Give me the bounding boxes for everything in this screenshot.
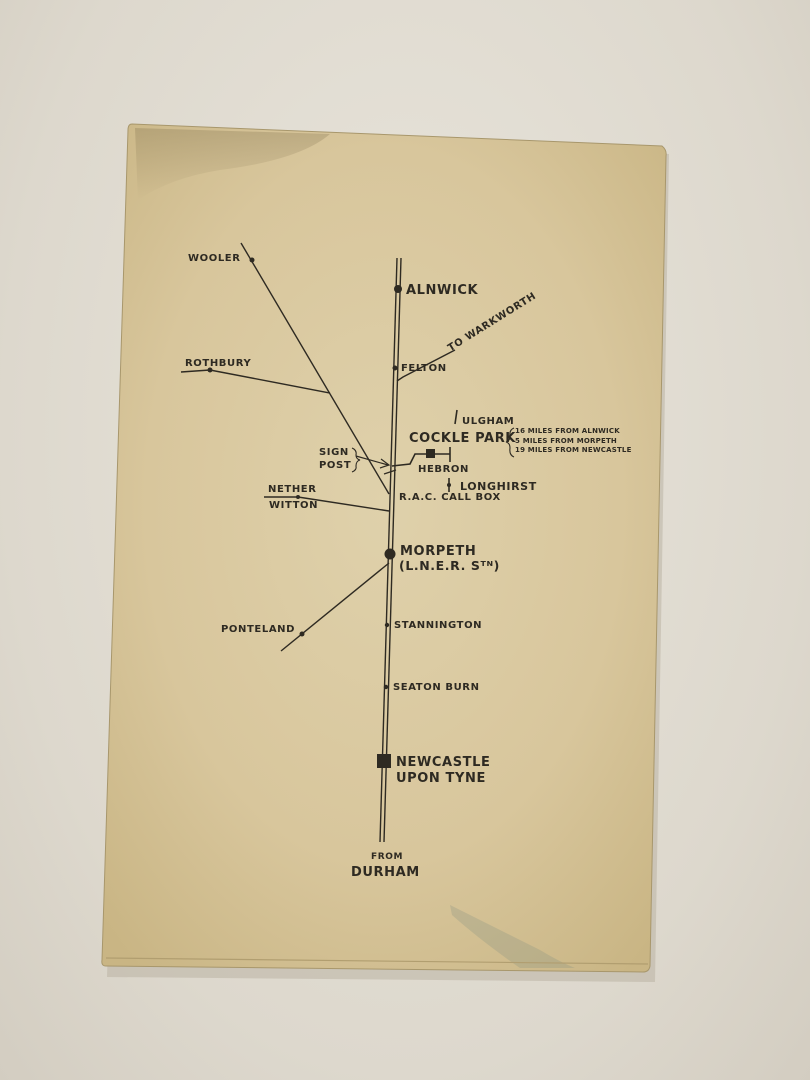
longhirst-dot: [447, 483, 451, 487]
label-seaton-burn: SEATON BURN: [393, 683, 480, 693]
label-ponteland: PONTELAND: [221, 625, 295, 635]
photo-scene: WOOLER ALNWICK TO WARKWORTH ROTHBURY FEL…: [0, 0, 810, 1080]
label-longhirst: LONGHIRST: [460, 481, 537, 492]
label-stannington: STANNINGTON: [394, 621, 482, 631]
distance-alnwick: 16 MILES FROM ALNWICK: [515, 427, 632, 437]
label-ulgham: ULGHAM: [462, 417, 514, 427]
label-upon-tyne: UPON TYNE: [396, 772, 486, 785]
distance-newcastle: 19 MILES FROM NEWCASTLE: [515, 446, 632, 456]
label-post: POST: [319, 461, 351, 471]
felton-dot: [393, 366, 398, 371]
morpeth-station-dot: [385, 549, 396, 560]
label-hebron: HEBRON: [418, 465, 469, 475]
label-witton: WITTON: [269, 501, 318, 511]
label-cockle-park: COCKLE PARK: [409, 432, 516, 445]
label-rothbury: ROTHBURY: [185, 359, 251, 369]
label-nether: NETHER: [268, 485, 317, 495]
booklet-cover: [102, 124, 666, 972]
label-rac-call-box: R.A.C. CALL BOX: [399, 493, 501, 503]
label-morpeth: MORPETH: [400, 545, 476, 558]
label-felton: FELTON: [401, 364, 447, 374]
label-wooler: WOOLER: [188, 254, 241, 264]
alnwick-dot: [394, 285, 402, 293]
distance-morpeth: 5 MILES FROM MORPETH: [515, 437, 632, 447]
seaton-burn-dot: [384, 685, 388, 689]
label-durham: DURHAM: [351, 866, 420, 879]
distance-list: 16 MILES FROM ALNWICK 5 MILES FROM MORPE…: [515, 427, 632, 456]
label-newcastle: NEWCASTLE: [396, 756, 491, 769]
label-morpeth-station: (L.N.E.R. Sᵀᴺ): [399, 560, 500, 573]
ponteland-dot: [300, 632, 305, 637]
label-sign: SIGN: [319, 448, 349, 458]
cockle-park-marker: [426, 449, 435, 458]
label-from: FROM: [371, 853, 403, 862]
map-artwork: [0, 0, 810, 1080]
nether-witton-dot: [296, 495, 300, 499]
newcastle-marker: [377, 754, 391, 768]
wooler-dot: [250, 258, 255, 263]
label-alnwick: ALNWICK: [406, 284, 478, 297]
stannington-dot: [385, 623, 389, 627]
